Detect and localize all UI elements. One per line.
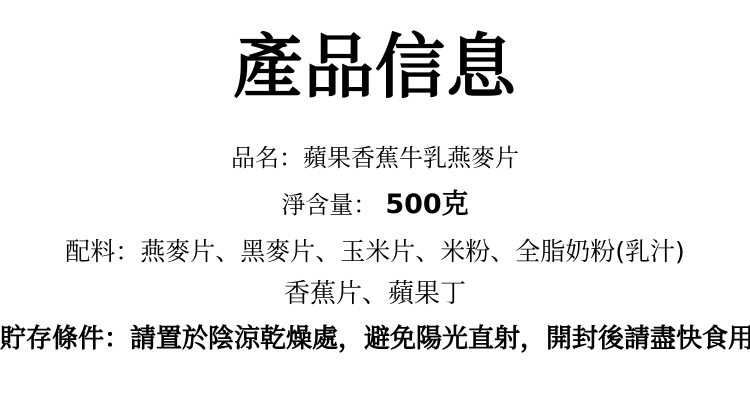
net-weight-label: 淨含量： [281,191,377,219]
net-weight-line: 淨含量：500克 [0,187,750,223]
page-title: 產品信息 [0,20,750,115]
storage-conditions-line: 貯存條件：請置於陰涼乾燥處，避免陽光直射，開封後請盡快食用 [0,320,750,358]
product-name-line: 品名：蘋果香蕉牛乳燕麥片 [0,141,750,175]
product-info-panel: 產品信息 品名：蘋果香蕉牛乳燕麥片 淨含量：500克 配料：燕麥片、黑麥片、玉米… [0,0,750,416]
ingredients-line: 配料：燕麥片、黑麥片、玉米片、米粉、全脂奶粉(乳汁) [0,234,750,270]
ingredients-line-continued: 香蕉片、蘋果丁 [0,277,750,311]
net-weight-value: 500克 [385,189,468,220]
